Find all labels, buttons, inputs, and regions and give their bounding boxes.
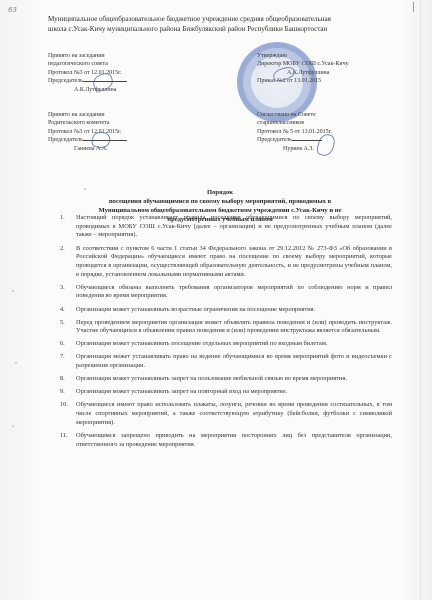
item-number: 1. [60,214,76,240]
list-item: 5.Перед проведением мероприятия организа… [60,319,392,336]
approval-protocol: Протокол №3 от 12.01.2015г. [48,128,127,136]
list-item: 1.Настоящий порядок устанавливает правил… [60,214,392,240]
signature-line [292,140,322,141]
item-number: 6. [60,340,76,349]
item-number: 9. [60,388,76,397]
approval-line: Родительского комитета [48,119,127,127]
list-item: 11.Обучающимся запрещено приводить на ме… [60,432,392,449]
corner-pen-mark [413,2,414,12]
approval-line: педагогического совета [48,60,127,68]
list-item: 10.Обучающиеся имеют право использовать … [60,401,392,427]
item-text: Организация может устанавливать возрастн… [76,306,392,315]
list-item: 9.Организация может устанавливать запрет… [60,388,392,397]
approval-line: Согласовано на Совете [257,111,332,119]
page-corner-note: 63 [8,6,17,14]
school-header: Муниципальное общеобразовательное бюджет… [48,14,398,34]
chair-name: Ганиева А.А. [48,145,127,153]
header-line-1: Муниципальное общеобразовательное бюджет… [48,14,398,24]
item-number: 2. [60,245,76,280]
list-item: 3.Обучающиеся обязаны выполнять требован… [60,284,392,301]
item-number: 11. [60,432,76,449]
director-name: А.К.Лутфуллина [257,69,349,77]
approval-protocol: Протокол № 5 от 13.01.2015г. [257,128,332,136]
chair-label: Председатель [48,78,83,84]
approval-line: Утверждаю [257,52,349,60]
approval-line: Принято на заседании [48,111,127,119]
approval-pedagogical-council: Принято на заседании педагогического сов… [48,52,127,94]
approval-line: Директор МОБУ СОШ с.Усак-Кичу [257,60,349,68]
approval-chair-row: Председатель [48,77,127,85]
list-item: 4.Организация может устанавливать возрас… [60,306,392,315]
header-line-2: школа с.Усак-Кичу муниципального района … [48,24,398,34]
list-item: 8.Организация может устанавливать запрет… [60,375,392,384]
list-item: 6.Организация может устанавливать посеще… [60,340,392,349]
item-text: Организация может устанавливать посещени… [76,340,392,349]
item-text: Организация может устанавливать запрет н… [76,375,392,384]
list-item: 7.Организация может устанавливать право … [60,353,392,370]
rules-list: 1.Настоящий порядок устанавливает правил… [60,214,392,454]
item-text: В соответствии с пунктом 6 части 1 стать… [76,245,392,280]
scan-speck [12,290,14,292]
item-text: Организация может устанавливать право на… [76,353,392,370]
item-number: 4. [60,306,76,315]
list-item: 2.В соответствии с пунктом 6 части 1 ста… [60,245,392,280]
director-order: Приказ №2 от 13.01.2015 [257,77,349,85]
item-text: Организация может устанавливать запрет н… [76,388,392,397]
item-number: 8. [60,375,76,384]
item-text: Перед проведением мероприятия организаци… [76,319,392,336]
item-text: Обучающиеся имеют право использовать пла… [76,401,392,427]
chair-label: Председатель [48,137,83,143]
title-line: Порядок [60,188,380,197]
approval-director: Утверждаю Директор МОБУ СОШ с.Усак-Кичу … [257,52,349,86]
item-number: 10. [60,401,76,427]
chair-label: Председатель [257,137,292,143]
approval-line: Принято на заседании [48,52,127,60]
item-number: 5. [60,319,76,336]
item-text: Обучающиеся обязаны выполнять требования… [76,284,392,301]
approval-chair-row: Председатель [48,136,127,144]
item-number: 7. [60,353,76,370]
item-text: Настоящий порядок устанавливает правила … [76,214,392,240]
title-line: посещения обучающимися по своему выбору … [60,197,380,206]
approval-protocol: Протокол №3 от 12.01.2015г. [48,69,127,77]
chair-name: А.К.Лутфуллина [48,86,127,94]
scan-speck [84,188,86,190]
approval-parents-committee: Принято на заседании Родительского комит… [48,111,127,153]
document-page: 63 Муниципальное общеобразовательное бюд… [0,0,432,600]
scan-edge-line [420,0,421,600]
item-text: Обучающимся запрещено приводить на мероп… [76,432,392,449]
item-number: 3. [60,284,76,301]
scan-speck [15,362,17,364]
scan-speck [12,425,14,427]
approval-line: старшеклассников [257,119,332,127]
